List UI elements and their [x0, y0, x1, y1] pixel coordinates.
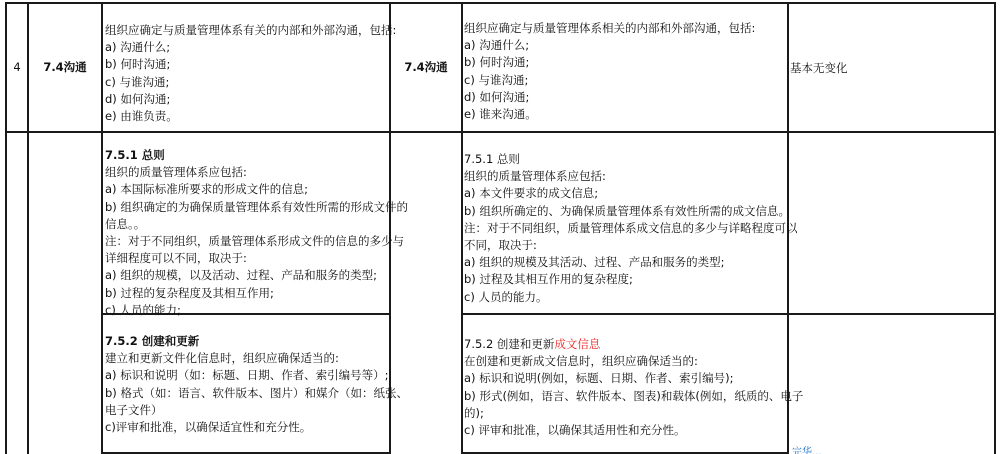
row-divider — [5, 131, 996, 133]
new-item: b) 何时沟通; — [464, 54, 755, 71]
partial-link[interactable]: 完华... — [792, 448, 822, 454]
new-item: d) 如何沟通; — [464, 89, 755, 106]
new-intro: 组织应确定与质量管理体系相关的内部和外部沟通，包括: — [464, 20, 755, 37]
old-item: b) 何时沟通; — [105, 56, 396, 73]
text-line: a) 标识和说明(例如，标题、日期、作者、索引编号); — [464, 370, 803, 387]
text-line: 详细程度可以不同，取决于: — [105, 250, 408, 267]
old-clause-title: 7.4沟通 — [29, 4, 101, 131]
text-line: 不同，取决于: — [464, 237, 798, 254]
new-clause-text: 7.4沟通 — [404, 59, 447, 76]
text-line: a) 组织的规模，以及活动、过程、产品和服务的类型; — [105, 267, 408, 284]
new-clause-title: 7.4沟通 — [391, 4, 461, 131]
old-intro: 组织应确定与质量管理体系有关的内部和外部沟通，包括: — [105, 22, 396, 39]
change-note-text: 基本无变化 — [790, 61, 848, 75]
text-line: 建立和更新文件化信息时，组织应确保适当的: — [105, 350, 408, 367]
text-line: a) 组织的规模及其活动、过程、产品和服务的类型; — [464, 254, 798, 271]
text-line: b) 组织所确定的、为确保质量管理体系有效性所需的成文信息。 — [464, 203, 798, 220]
old-item: c) 与谁沟通; — [105, 74, 396, 91]
new-clause-body: 组织应确定与质量管理体系相关的内部和外部沟通，包括: a) 沟通什么; b) 何… — [464, 20, 755, 123]
old-751-heading: 7.5.1 总则 — [105, 147, 408, 164]
text-line: c) 人员的能力。 — [464, 289, 798, 306]
table-border-top — [5, 2, 996, 4]
table-border-right — [994, 2, 996, 454]
old-item: a) 沟通什么; — [105, 39, 396, 56]
comparison-table: 4 7.4沟通 组织应确定与质量管理体系有关的内部和外部沟通，包括: a) 沟通… — [0, 0, 1000, 454]
column-divider — [101, 2, 103, 454]
old-752-heading: 7.5.2 创建和更新 — [105, 333, 408, 350]
text-line: b) 过程的复杂程度及其相互作用; — [105, 285, 408, 302]
text-line: 组织的质量管理体系应包括: — [105, 164, 408, 181]
text-line: c) 人员的能力; — [105, 302, 408, 319]
new-item: a) 沟通什么; — [464, 37, 755, 54]
change-note: 基本无变化 — [790, 60, 848, 77]
text-line: b) 形式(例如，语言、软件版本、图表)和载体(例如，纸质的、电子 — [464, 388, 803, 405]
new-751-heading: 7.5.1 总则 — [464, 151, 798, 168]
text-line: a) 本文件要求的成文信息; — [464, 185, 798, 202]
row-number: 4 — [7, 4, 27, 131]
text-line: 在创建和更新成文信息时，组织应确保适当的: — [464, 353, 803, 370]
text-line: a) 标识和说明（如：标题、日期、作者、索引编号等）; — [105, 367, 408, 384]
row-number-text: 4 — [13, 59, 20, 76]
old-752-body: 7.5.2 创建和更新 建立和更新文件化信息时，组织应确保适当的: a) 标识和… — [105, 333, 408, 436]
text-line: 组织的质量管理体系应包括: — [464, 168, 798, 185]
new-752-heading: 7.5.2 创建和更新成文信息 — [464, 336, 803, 353]
text-line: 注：对于不同组织，质量管理体系形成文件的信息的多少与 — [105, 233, 408, 250]
column-divider — [461, 2, 463, 454]
text-line: 电子文件） — [105, 402, 408, 419]
old-751-body: 7.5.1 总则 组织的质量管理体系应包括: a) 本国际标准所要求的形成文件的… — [105, 147, 408, 319]
text-line: b) 过程及其相互作用的复杂程度; — [464, 271, 798, 288]
text-line: c) 评审和批准，以确保其适用性和充分性。 — [464, 422, 803, 439]
heading-highlight: 成文信息 — [554, 337, 600, 351]
text-line: 信息。。 — [105, 216, 408, 233]
text-line: b) 组织确定的为确保质量管理体系有效性所需的形成文件的 — [105, 199, 408, 216]
new-item: c) 与谁沟通; — [464, 72, 755, 89]
old-clause-text: 7.4沟通 — [43, 59, 86, 76]
old-item: e) 由谁负责。 — [105, 108, 396, 125]
text-line: 注：对于不同组织，质量管理体系成文信息的多少与详略程度可以 — [464, 220, 798, 237]
text-line: 的); — [464, 405, 803, 422]
subrow-divider — [461, 313, 996, 315]
new-item: e) 谁来沟通。 — [464, 106, 755, 123]
heading-plain: 7.5.2 创建和更新 — [464, 337, 554, 351]
new-751-body: 7.5.1 总则 组织的质量管理体系应包括: a) 本文件要求的成文信息; b)… — [464, 151, 798, 306]
old-item: d) 如何沟通; — [105, 91, 396, 108]
text-line: b) 格式（如：语言、软件版本、图片）和媒介（如：纸张、 — [105, 385, 408, 402]
text-line: c)评审和批准，以确保适宜性和充分性。 — [105, 419, 408, 436]
old-clause-body: 组织应确定与质量管理体系有关的内部和外部沟通，包括: a) 沟通什么; b) 何… — [105, 22, 396, 125]
new-752-body: 7.5.2 创建和更新成文信息 在创建和更新成文信息时，组织应确保适当的: a)… — [464, 336, 803, 439]
text-line: a) 本国际标准所要求的形成文件的信息; — [105, 181, 408, 198]
